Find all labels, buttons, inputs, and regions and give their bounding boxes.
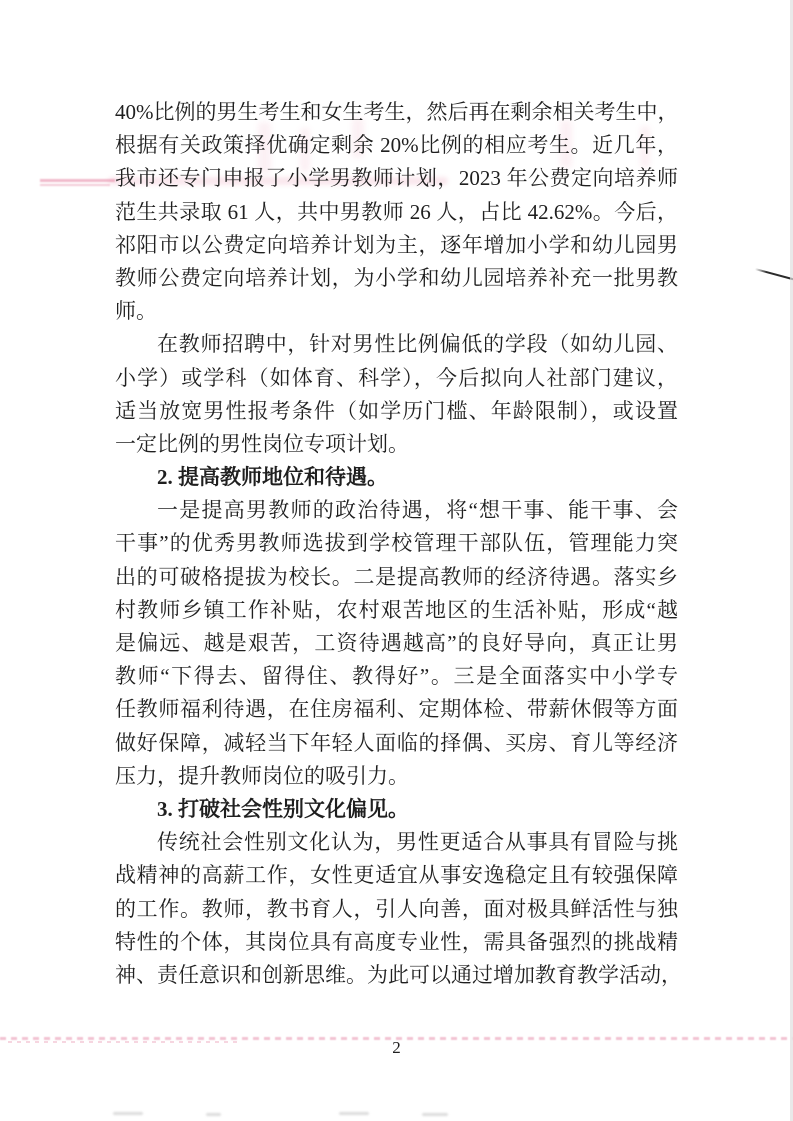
section-heading: 3. 打破社会性别文化偏见。 [115,793,678,826]
text-line: 神、责任意识和创新思维。为此可以通过增加教育教学活动， [115,959,678,992]
scan-artifact-smudge [339,1112,369,1115]
text-line: 任教师福利待遇，在住房福利、定期体检、带薪休假等方面 [115,693,678,726]
text-line: 压力，提升教师岗位的吸引力。 [115,760,678,793]
text-line: 教师“下得去、留得住、教得好”。三是全面落实中小学专 [115,660,678,693]
page-number: 2 [392,1038,401,1057]
text-line: 40%比例的男生考生和女生考生，然后再在剩余相关考生中， [115,96,678,129]
text-line: 我市还专门申报了小学男教师计划，2023 年公费定向培养师 [115,162,678,195]
text-line: 干事”的优秀男教师选拔到学校管理干部队伍，管理能力突 [115,527,678,560]
text-line: 的工作。教师，教书育人，引人向善，面对极具鲜活性与独 [115,893,678,926]
scan-artifact-pink-line [40,184,110,186]
text-line: 根据有关政策择优确定剩余 20%比例的相应考生。近几年， [115,129,678,162]
text-line: 教师公费定向培养计划，为小学和幼儿园培养补充一批男教 [115,262,678,295]
text-line: 祁阳市以公费定向培养计划为主，逐年增加小学和幼儿园男 [115,229,678,262]
section-heading: 2. 提高教师地位和待遇。 [115,461,678,494]
text-line: 战精神的高薪工作，女性更适宜从事安逸稳定且有较强保障 [115,859,678,892]
scan-artifact-pen-stroke [755,268,793,281]
text-line: 小学）或学科（如体育、科学），今后拟向人社部门建议， [115,362,678,395]
page-footer: 2 [0,1038,793,1058]
text-line: 村教师乡镇工作补贴，农村艰苦地区的生活补贴，形成“越 [115,594,678,627]
text-line: 范生共录取 61 人，共中男教师 26 人，占比 42.62%。今后， [115,196,678,229]
document-page: 40%比例的男生考生和女生考生，然后再在剩余相关考生中，根据有关政策择优确定剩余… [0,0,793,1121]
scan-artifact-pink-line [40,179,115,182]
text-line: 一定比例的男性岗位专项计划。 [115,428,678,461]
text-line: 适当放宽男性报考条件（如学历门槛、年龄限制），或设置 [115,395,678,428]
scan-artifact-smudge [206,1113,221,1116]
text-line: 师。 [115,295,678,328]
text-line: 在教师招聘中，针对男性比例偏低的学段（如幼儿园、 [115,328,678,361]
scan-artifact-smudge [422,1113,448,1116]
text-line: 特性的个体，其岗位具有高度专业性，需具备强烈的挑战精 [115,926,678,959]
text-line: 传统社会性别文化认为，男性更适合从事具有冒险与挑 [115,826,678,859]
text-line: 一是提高男教师的政治待遇，将“想干事、能干事、会 [115,494,678,527]
text-line: 是偏远、越是艰苦，工资待遇越高”的良好导向，真正让男 [115,627,678,660]
document-body: 40%比例的男生考生和女生考生，然后再在剩余相关考生中，根据有关政策择优确定剩余… [115,96,678,992]
text-line: 出的可破格提拔为校长。二是提高教师的经济待遇。落实乡 [115,561,678,594]
scan-artifact-smudge [113,1112,143,1115]
text-line: 做好保障，减轻当下年轻人面临的择偶、买房、育儿等经济 [115,727,678,760]
